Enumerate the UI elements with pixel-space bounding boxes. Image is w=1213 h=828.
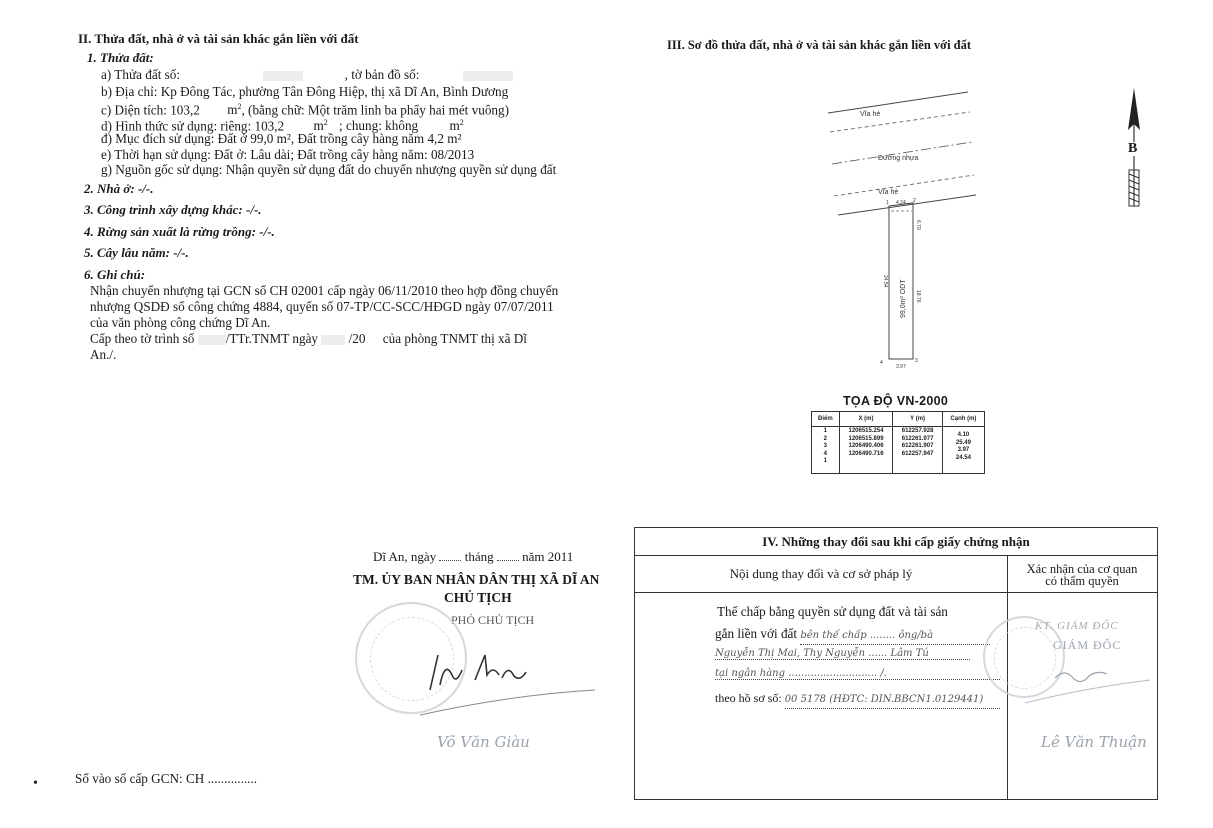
vertex-2: 2 [913,198,916,204]
registry-dot: • [33,776,38,792]
coords-edge-value: 3.97 [946,447,981,455]
coords-header-y: Y (m) [893,412,942,427]
coords-x-value: 1206515.899 [843,436,890,444]
coords-edge-value: 25.49 [946,440,981,448]
map-sheet-label: , tờ bản đồ số: [345,67,420,82]
coords-points-cell: 12341 [812,427,840,474]
item-2-label: 2. Nhà ở: [84,181,135,196]
change-entry-line-2: gắn liền với đất bên thế chấp ........ ô… [715,626,990,645]
coords-y-value: 612257.928 [896,428,938,436]
coords-edge-cell: 4.1025.493.9724.54 [942,427,984,474]
vertex-4: 4 [880,360,883,366]
issue-month-label: tháng [465,549,494,564]
parcel-diagram: Vĩa hè Đường nhựa Vĩa hè 1 4.24 2 4 3 3.… [820,80,990,370]
edge-top-length: 4.24 [896,200,906,206]
coords-point-id: 3 [815,443,836,451]
approver-name: Lê Văn Thuận [1041,733,1147,751]
item-3-value: -/-. [246,202,262,217]
vertex-3: 3 [915,358,918,364]
coords-x-value: 1206490.406 [843,443,890,451]
road-label: Đường nhựa [878,155,919,162]
sidewalk-bottom-label: Vĩa hè [878,189,898,196]
coords-y-value: 612261.977 [896,436,938,444]
coords-y-cell: 612257.928612261.977612261.907612257.947 [893,427,942,474]
item-6-heading: 6. Ghi chú: [84,267,145,283]
changes-col1-header: Nội dung thay đổi và cơ sở pháp lý [635,556,1007,592]
change-entry-line-3-handwritten: Nguyễn Thị Mai, Thy Nguyễn ...... Lâm Tú [715,648,970,660]
item-4-value: -/-. [259,224,275,239]
vertex-1: 1 [886,200,889,206]
item-2: 2. Nhà ở: -/-. [84,181,153,197]
note-line-2: nhượng QSDĐ số công chứng 4884, quyển số… [90,299,554,315]
coords-table: Điểm X (m) Y (m) Cạnh (m) 12341 1206515.… [811,411,985,474]
item-2-value: -/-. [138,181,154,196]
map-sheet-redacted [463,71,513,81]
change-entry-line-2-handwritten: bên thế chấp ........ ông/bà [800,628,990,645]
changes-table: IV. Những thay đổi sau khi cấp giấy chứn… [634,527,1158,800]
note-issue-year: /20 [349,331,366,346]
address-row: b) Địa chỉ: Kp Đông Tác, phường Tân Đông… [101,84,508,100]
note-issue-date-redacted [321,335,345,345]
changes-header-row: Nội dung thay đổi và cơ sở pháp lý Xác n… [635,556,1157,593]
approver-signature-icon [1015,658,1155,708]
changes-col2-header-line2: có thẩm quyền [1007,575,1157,587]
coords-y-value: 612261.907 [896,443,938,451]
origin-row: g) Nguồn gốc sử dụng: Nhận quyền sử dụng… [101,162,556,178]
section-4-title: IV. Những thay đổi sau khi cấp giấy chứn… [635,528,1157,555]
coords-header-edge: Cạnh (m) [942,412,984,427]
coords-point-id: 4 [815,451,836,459]
approver-title-handwritten: KT. GIÁM ĐỐC [1035,620,1119,632]
coords-point-id: 1 [815,458,836,466]
change-entry-file-label: theo hồ sơ số: [715,691,782,705]
chairman-title: CHỦ TỊCH [444,590,512,606]
item-4-label: 4. Rừng sản xuất là rừng trồng: [84,224,256,239]
registry-label: Số vào sổ cấp GCN: CH [75,771,204,786]
issue-year: năm 2011 [522,549,573,564]
item-1-heading: 1. Thửa đất: [87,50,154,66]
coords-title: TỌA ĐỘ VN-2000 [843,394,948,408]
coords-header-point: Điểm [812,412,840,427]
note-line-3: của văn phòng công chứng Dĩ An. [90,315,270,331]
coords-edge-value: 24.54 [946,455,981,463]
signer-name: Võ Văn Giàu [437,733,530,751]
edge-left-length: 24.54 [882,275,888,288]
parcel-area-label: 99,0m² ODT [900,279,907,318]
parcel-number-label: a) Thửa đất số: [101,67,180,82]
section-2-title: II. Thửa đất, nhà ở và tài sản khác gắn … [78,31,359,47]
issue-day-field [439,560,461,561]
issuing-authority: TM. ỦY BAN NHÂN DÂN THỊ XÃ DĨ AN [353,572,599,588]
change-entry-line-4-handwritten: tại ngân hàng ..........................… [715,668,1000,680]
item-5: 5. Cây lâu năm: -/-. [84,245,189,261]
coords-header-x: X (m) [839,412,893,427]
sidewalk-top-label: Vĩa hè [860,111,880,118]
note-issue-mid: /TTr.TNMT ngày [226,331,318,346]
note-issue-end: An./. [90,347,116,363]
changes-col2-header: Xác nhận của cơ quan có thẩm quyền [1007,563,1157,587]
note-line-1: Nhận chuyển nhượng tại GCN số CH 02001 c… [90,283,558,299]
registry-value: ............... [208,771,257,786]
north-compass: B [1122,88,1146,213]
issue-date-prefix: Dĩ An, ngày [373,549,436,564]
note-issue-suffix: của phòng TNMT thị xã Dĩ [383,331,527,346]
coords-y-value: 612257.947 [896,451,938,459]
note-issue-row: Cấp theo tờ trình số /TTr.TNMT ngày /20 … [90,331,527,347]
section-3-title: III. Sơ đồ thửa đất, nhà ở và tài sản kh… [667,38,971,53]
parcel-number-redacted [263,71,303,81]
change-entry-line-1: Thế chấp bằng quyền sử dụng đất và tài s… [717,604,948,620]
issue-date: Dĩ An, ngày tháng năm 2011 [373,549,573,565]
coords-edge-value: 4.10 [946,432,981,440]
coords-x-value: 1206515.254 [843,428,890,436]
compass-label: B [1128,142,1137,156]
edge-right-upper-length: 6.79 [915,220,921,230]
approver-role: GIÁM ĐỐC [1053,638,1121,653]
item-4: 4. Rừng sản xuất là rừng trồng: -/-. [84,224,275,240]
coords-point-id: 1 [815,428,836,436]
signature-icon [420,640,600,720]
coords-x-value: 1206490.716 [843,451,890,459]
changes-title-row: IV. Những thay đổi sau khi cấp giấy chứn… [635,528,1157,556]
term-row: e) Thời hạn sử dụng: Đất ở: Lâu dài; Đất… [101,147,474,163]
item-3-label: 3. Công trình xây dựng khác: [84,202,243,217]
note-issue-prefix: Cấp theo tờ trình số [90,331,194,346]
change-entry-file-row: theo hồ sơ số: 00 5178 (HĐTC: DIN.BBCN1.… [715,690,1000,709]
coords-point-id: 2 [815,436,836,444]
registry-row: Số vào sổ cấp GCN: CH ............... [75,771,257,787]
item-3: 3. Công trình xây dựng khác: -/-. [84,202,262,218]
edge-right-lower-length: 18.76 [915,290,921,303]
change-entry-file-number: 00 5178 (HĐTC: DIN.BBCN1.0129441) [785,692,1000,709]
edge-bottom-length: 3.97 [896,364,906,370]
item-5-value: -/-. [173,245,189,260]
issue-month-field [497,560,519,561]
item-5-label: 5. Cây lâu năm: [84,245,170,260]
parcel-number-row: a) Thửa đất số: , tờ bản đồ số: [101,67,513,83]
change-entry-line-2-prefix: gắn liền với đất [715,626,797,641]
note-issue-number-redacted [198,335,226,345]
vice-chairman-title: PHÓ CHỦ TỊCH [451,613,534,628]
purpose-row: đ) Mục đích sử dụng: Đất ở 99,0 m², Đất … [101,131,461,147]
coords-x-cell: 1206515.2541206515.8991206490.4061206490… [839,427,893,474]
